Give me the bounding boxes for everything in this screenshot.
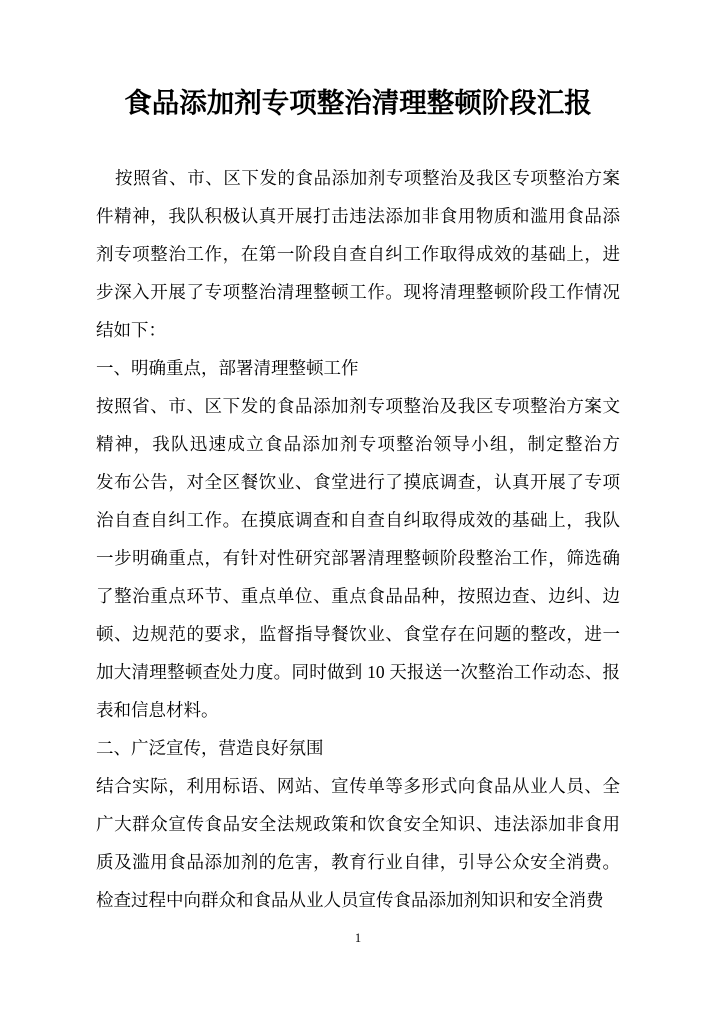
document-line: 了整治重点环节、重点单位、重点食品品种，按照边查、边纠、边整 bbox=[96, 577, 620, 615]
document-line: 治自查自纠工作。在摸底调查和自查自纠取得成效的基础上，我队进 bbox=[96, 501, 620, 539]
document-line: 按照省、市、区下发的食品添加剂专项整治及我区专项整治方案文 bbox=[96, 159, 620, 197]
document-line: 步深入开展了专项整治清理整顿工作。现将清理整顿阶段工作情况总 bbox=[96, 273, 620, 311]
document-line: 按照省、市、区下发的食品添加剂专项整治及我区专项整治方案文件 bbox=[96, 387, 620, 425]
document-page: 食品添加剂专项整治清理整顿阶段汇报 按照省、市、区下发的食品添加剂专项整治及我区… bbox=[0, 0, 721, 1020]
section-heading: 一、明确重点，部署清理整顿工作 bbox=[96, 349, 620, 387]
document-line: 剂专项整治工作，在第一阶段自查自纠工作取得成效的基础上，进一 bbox=[96, 235, 620, 273]
document-line: 发布公告，对全区餐饮业、食堂进行了摸底调查，认真开展了专项整 bbox=[96, 463, 620, 501]
document-line: 广大群众宣传食品安全法规政策和饮食安全知识、违法添加非食用物 bbox=[96, 805, 620, 843]
document-line: 一步明确重点，有针对性研究部署清理整顿阶段整治工作，筛选确定 bbox=[96, 539, 620, 577]
document-line: 结合实际，利用标语、网站、宣传单等多形式向食品从业人员、全区 bbox=[96, 767, 620, 805]
document-line: 一、明确重点，部署清理整顿工作 bbox=[96, 349, 620, 387]
section-heading: 二、广泛宣传，营造良好氛围 bbox=[96, 729, 620, 767]
document-line: 结如下： bbox=[96, 311, 620, 349]
document-line: 质及滥用食品添加剂的危害，教育行业自律，引导公众安全消费。在 bbox=[96, 843, 620, 881]
page-number: 1 bbox=[96, 930, 620, 946]
paragraph: 按照省、市、区下发的食品添加剂专项整治及我区专项整治方案文件精神，我队积极认真开… bbox=[96, 159, 620, 349]
document-line: 顿、边规范的要求，监督指导餐饮业、食堂存在问题的整改，进一步 bbox=[96, 615, 620, 653]
document-line: 加大清理整顿查处力度。同时做到 10 天报送一次整治工作动态、报 bbox=[96, 653, 620, 691]
document-line: 检查过程中向群众和食品从业人员宣传食品添加剂知识和安全消费 bbox=[96, 881, 620, 919]
document-line: 件精神，我队积极认真开展打击违法添加非食用物质和滥用食品添加 bbox=[96, 197, 620, 235]
document-body: 按照省、市、区下发的食品添加剂专项整治及我区专项整治方案文件精神，我队积极认真开… bbox=[96, 159, 620, 919]
document-line: 精神，我队迅速成立食品添加剂专项整治领导小组，制定整治方案， bbox=[96, 425, 620, 463]
document-title: 食品添加剂专项整治清理整顿阶段汇报 bbox=[96, 84, 620, 122]
paragraph: 结合实际，利用标语、网站、宣传单等多形式向食品从业人员、全区广大群众宣传食品安全… bbox=[96, 767, 620, 919]
paragraph: 按照省、市、区下发的食品添加剂专项整治及我区专项整治方案文件精神，我队迅速成立食… bbox=[96, 387, 620, 729]
document-line: 二、广泛宣传，营造良好氛围 bbox=[96, 729, 620, 767]
document-line: 表和信息材料。 bbox=[96, 691, 620, 729]
